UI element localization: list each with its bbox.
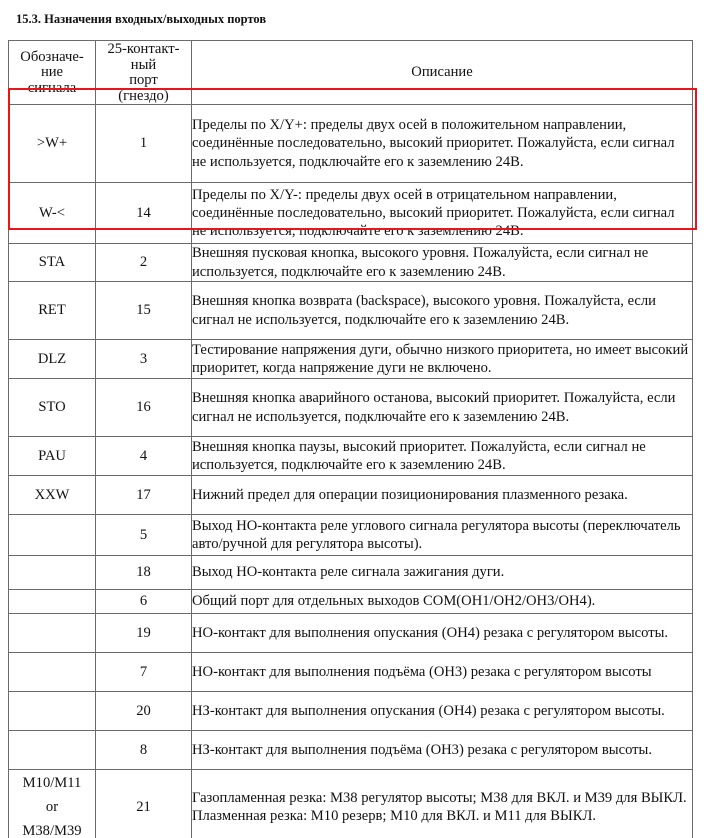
port-cell: 21 [96,770,192,838]
header-description: Описание [192,41,693,105]
port-cell: 20 [96,692,192,731]
table-row: 6Общий порт для отдельных выходов COM(OH… [9,590,693,614]
port-cell: 15 [96,282,192,340]
signal-cell [9,692,96,731]
description-cell: Пределы по X/Y+: пределы двух осей в пол… [192,105,693,183]
description-cell: Нижний предел для операции позиционирова… [192,476,693,515]
description-cell: Выход НО-контакта реле углового сигнала … [192,515,693,556]
table-row: W-<14Пределы по X/Y-: пределы двух осей … [9,183,693,244]
description-cell: Общий порт для отдельных выходов COM(OH1… [192,590,693,614]
table-row: >W+1Пределы по X/Y+: пределы двух осей в… [9,105,693,183]
description-cell: Выход НО-контакта реле сигнала зажигания… [192,556,693,590]
port-cell: 14 [96,183,192,244]
description-cell: Газопламенная резка: M38 регулятор высот… [192,770,693,838]
port-cell: 18 [96,556,192,590]
port-cell: 17 [96,476,192,515]
port-cell: 7 [96,653,192,692]
description-cell: НЗ-контакт для выполнения опускания (OH4… [192,692,693,731]
table-row: 5Выход НО-контакта реле углового сигнала… [9,515,693,556]
signal-cell [9,653,96,692]
table-row: PAU4Внешняя кнопка паузы, высокий приори… [9,437,693,476]
port-cell: 16 [96,379,192,437]
table-row: 19НО-контакт для выполнения опускания (O… [9,614,693,653]
table-row: STO16Внешняя кнопка аварийного останова,… [9,379,693,437]
description-cell: НО-контакт для выполнения опускания (OH4… [192,614,693,653]
table-row: RET15Внешняя кнопка возврата (backspace)… [9,282,693,340]
description-cell: Внешняя пусковая кнопка, высокого уровня… [192,244,693,282]
port-cell: 8 [96,731,192,770]
table-row: STA2Внешняя пусковая кнопка, высокого ур… [9,244,693,282]
port-cell: 4 [96,437,192,476]
signal-cell: STA [9,244,96,282]
signal-cell: RET [9,282,96,340]
header-signal: Обозначе-ниесигнала [9,41,96,105]
signal-cell [9,614,96,653]
port-cell: 6 [96,590,192,614]
description-cell: Внешняя кнопка возврата (backspace), выс… [192,282,693,340]
table-row: 8НЗ-контакт для выполнения подъёма (OH3)… [9,731,693,770]
signal-cell [9,731,96,770]
signal-cell: W-< [9,183,96,244]
table-row: M10/M11orM38/M3921Газопламенная резка: M… [9,770,693,838]
table-row: 20НЗ-контакт для выполнения опускания (O… [9,692,693,731]
signal-cell: >W+ [9,105,96,183]
table-row: 18Выход НО-контакта реле сигнала зажиган… [9,556,693,590]
description-cell: НО-контакт для выполнения подъёма (OH3) … [192,653,693,692]
port-cell: 2 [96,244,192,282]
port-assignment-table: Обозначе-ниесигнала 25-контакт-ныйпорт(г… [8,40,693,838]
table-header-row: Обозначе-ниесигнала 25-контакт-ныйпорт(г… [9,41,693,105]
signal-cell [9,556,96,590]
port-cell: 5 [96,515,192,556]
description-cell: Внешняя кнопка паузы, высокий приоритет.… [192,437,693,476]
description-cell: Внешняя кнопка аварийного останова, высо… [192,379,693,437]
description-cell: НЗ-контакт для выполнения подъёма (OH3) … [192,731,693,770]
signal-cell: STO [9,379,96,437]
port-cell: 19 [96,614,192,653]
signal-cell: XXW [9,476,96,515]
header-port: 25-контакт-ныйпорт(гнездо) [96,41,192,105]
table-row: 7НО-контакт для выполнения подъёма (OH3)… [9,653,693,692]
description-cell: Тестирование напряжения дуги, обычно низ… [192,340,693,379]
port-cell: 3 [96,340,192,379]
signal-cell: M10/M11orM38/M39 [9,770,96,838]
port-cell: 1 [96,105,192,183]
signal-cell [9,515,96,556]
signal-cell: PAU [9,437,96,476]
description-cell: Пределы по X/Y-: пределы двух осей в отр… [192,183,693,244]
signal-cell: DLZ [9,340,96,379]
table-row: DLZ3Тестирование напряжения дуги, обычно… [9,340,693,379]
table-row: XXW17Нижний предел для операции позицион… [9,476,693,515]
section-title: 15.3. Назначения входных/выходных портов [16,12,266,27]
signal-cell [9,590,96,614]
